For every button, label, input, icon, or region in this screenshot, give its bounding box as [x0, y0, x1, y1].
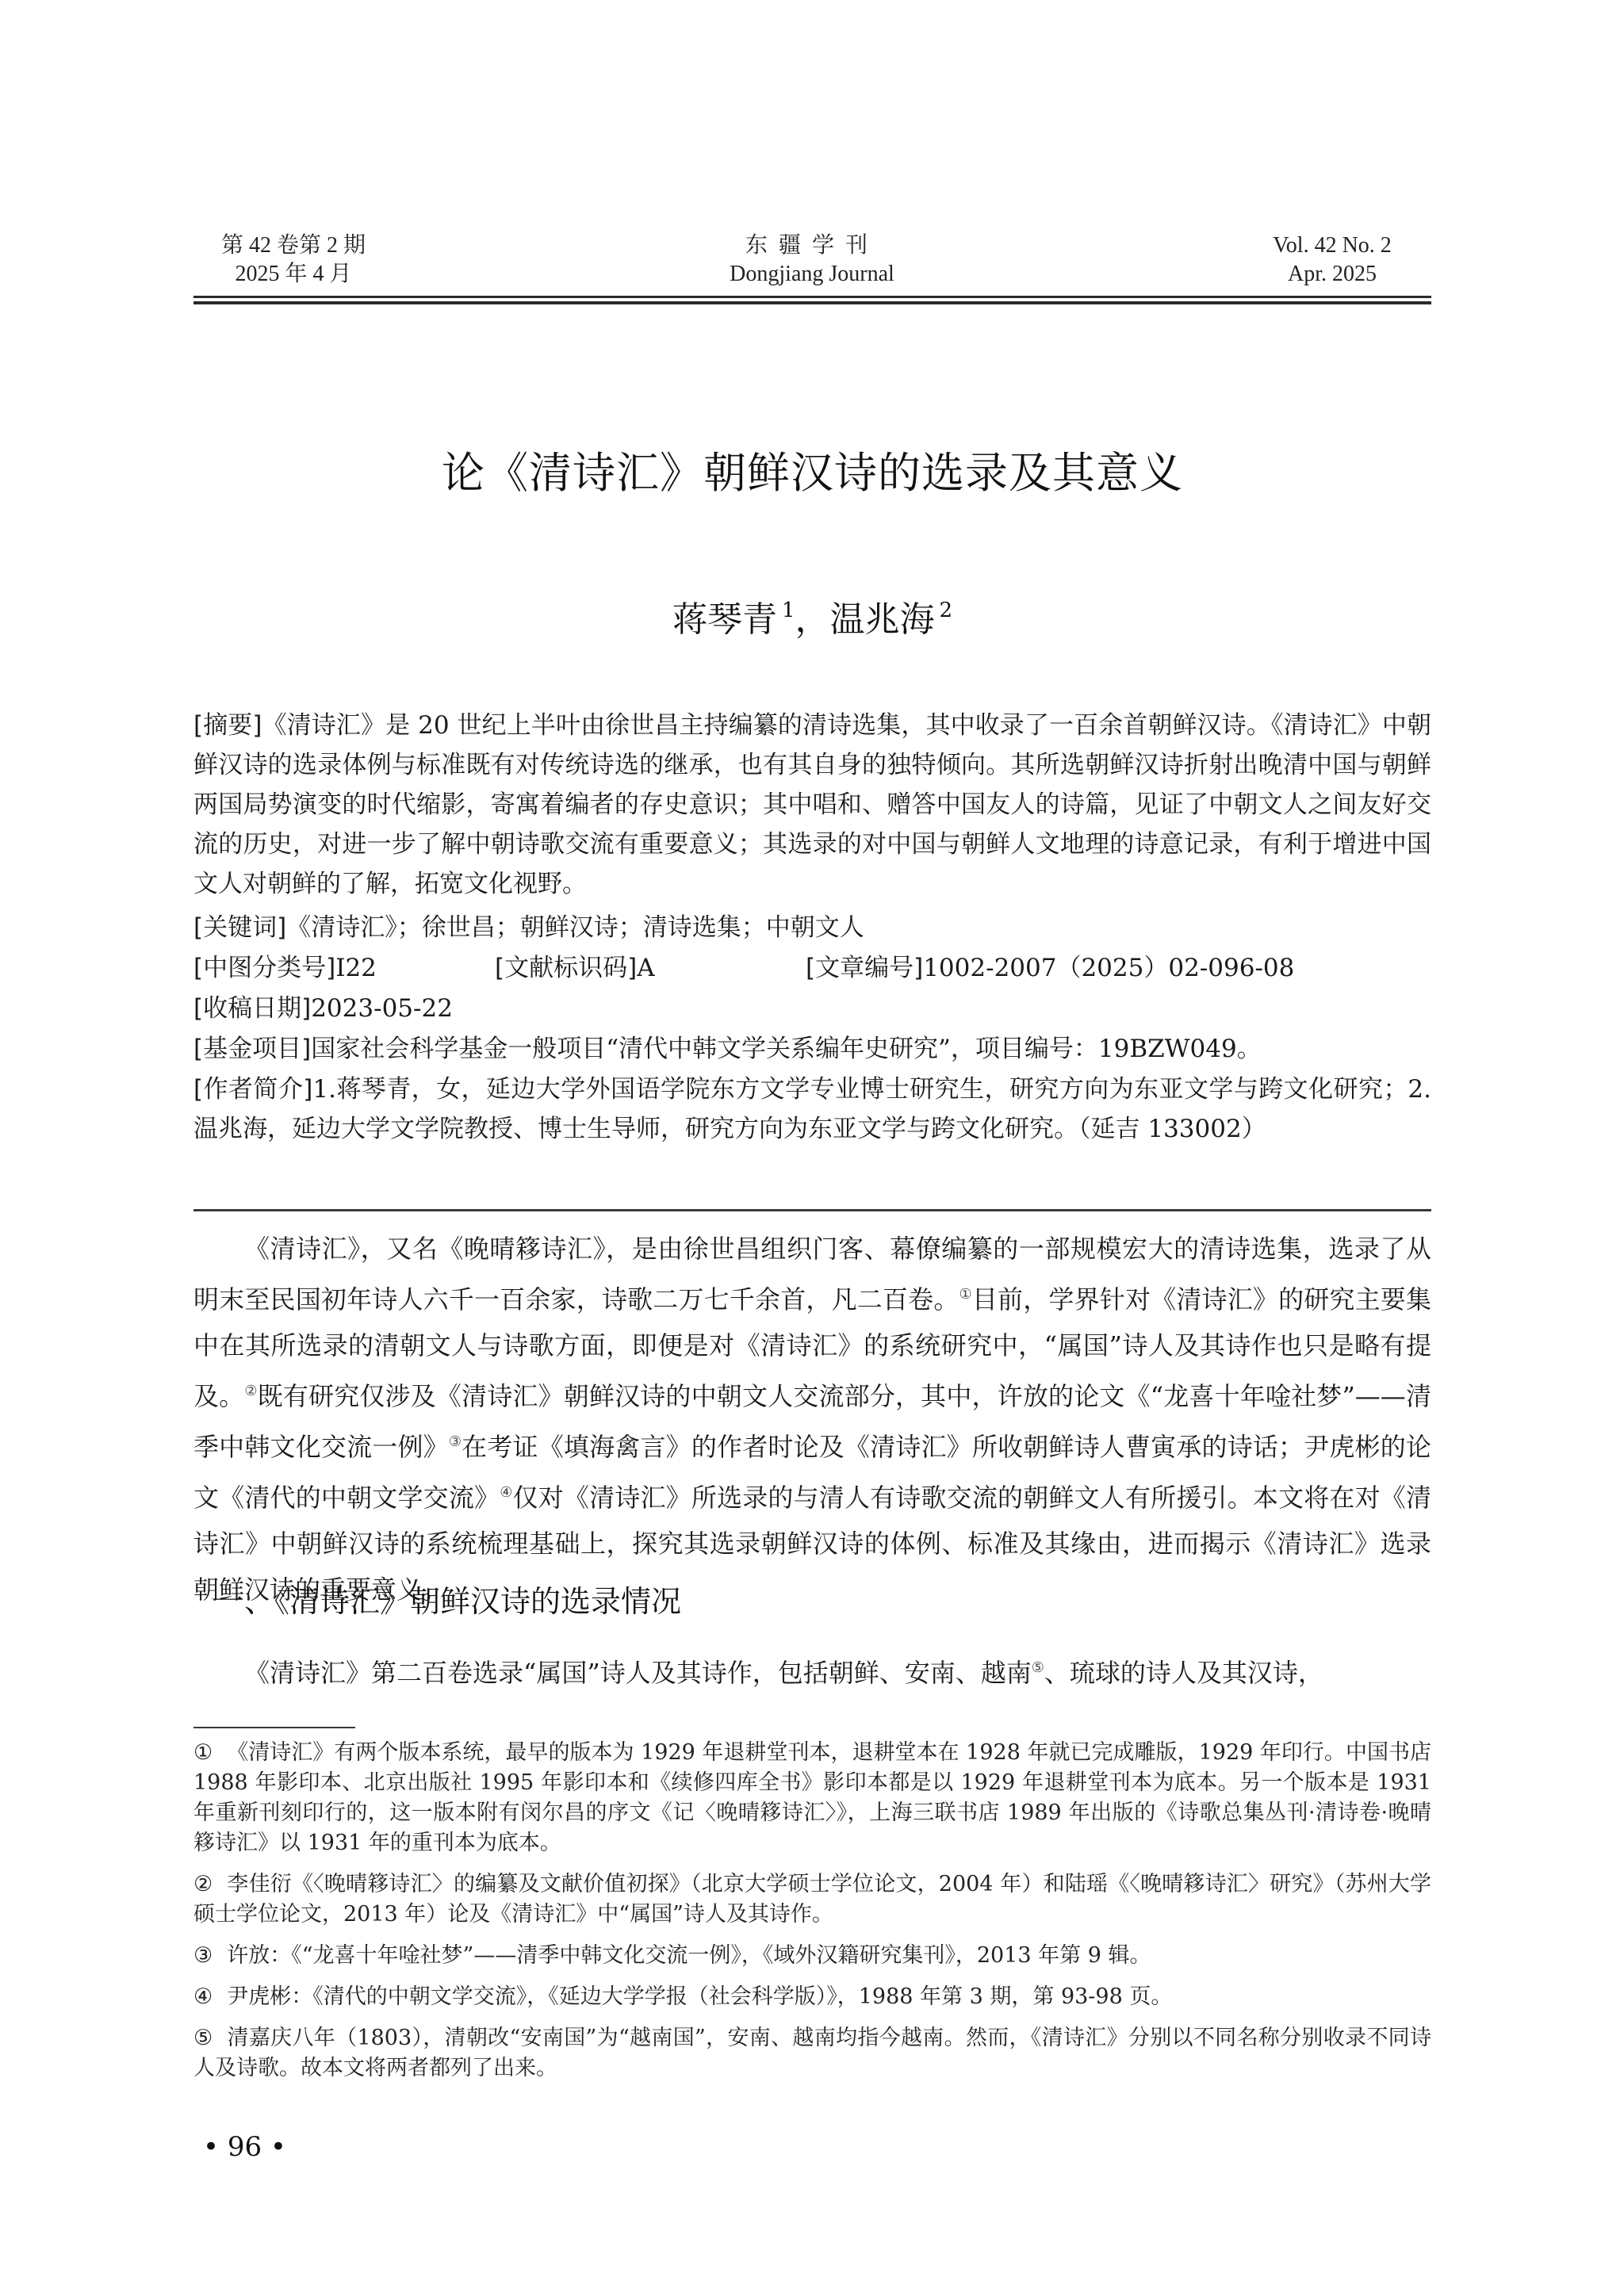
page-number: • 96 •	[203, 2131, 286, 2163]
doc-code-value: A	[637, 954, 654, 982]
abstract-separator-rule	[193, 1209, 1431, 1211]
footnote-mark: ③	[193, 1943, 213, 1968]
received-date: [收稿日期]2023-05-22	[193, 989, 1431, 1028]
footnote-item: ②李佳衍《〈晚晴簃诗汇〉的编纂及文献价值初探》（北京大学硕士学位论文，2004 …	[193, 1869, 1431, 1930]
footnote-mark: ⑤	[193, 2026, 213, 2050]
body-text: 《清诗汇》第二百卷选录“属国”诗人及其诗作，包括朝鲜、安南、越南	[244, 1658, 1032, 1688]
article-number-label: [文章编号]	[806, 954, 923, 982]
clc-field: [中图分类号]I22	[193, 948, 495, 988]
volume-issue-cn: 第 42 卷第 2 期	[214, 232, 373, 260]
abstract-text: 《清诗汇》是 20 世纪上半叶由徐世昌主持编纂的清诗选集，其中收录了一百余首朝鲜…	[193, 711, 1431, 898]
journal-name-cn: 东疆学刊	[693, 232, 931, 260]
footnote-ref[interactable]: ④	[500, 1484, 512, 1501]
volume-issue-en: Vol. 42 No. 2	[1241, 232, 1423, 260]
footnote-rule	[193, 1727, 355, 1728]
clc-label: [中图分类号]	[193, 954, 335, 982]
footnote-ref[interactable]: ⑤	[1032, 1659, 1044, 1676]
received-value: 2023-05-22	[311, 994, 453, 1023]
publication-date-en: Apr. 2025	[1241, 260, 1423, 289]
footnote-ref[interactable]: ②	[244, 1383, 257, 1399]
footnote-text: 李佳衍《〈晚晴簃诗汇〉的编纂及文献价值初探》（北京大学硕士学位论文，2004 年…	[193, 1872, 1431, 1927]
footnote-item: ③许放：《“龙喜十年唫社梦”——清季中韩文化交流一例》，《域外汉籍研究集刊》，2…	[193, 1941, 1431, 1971]
footnote-text: 清嘉庆八年（1803），清朝改“安南国”为“越南国”，安南、越南均指今越南。然而…	[193, 2026, 1431, 2080]
keywords-label: [关键词]	[193, 913, 286, 942]
fund-text: 国家社会科学基金一般项目“清代中韩文学关系编年史研究”，项目编号：19BZW04…	[311, 1035, 1262, 1063]
article-title: 论《清诗汇》朝鲜汉诗的选录及其意义	[193, 446, 1431, 501]
publication-date-cn: 2025 年 4 月	[214, 260, 373, 289]
body-paragraph-section1: 《清诗汇》第二百卷选录“属国”诗人及其诗作，包括朝鲜、安南、越南⑤、琉球的诗人及…	[193, 1645, 1431, 1696]
author-name: 蒋琴青	[672, 599, 777, 640]
footnote-ref[interactable]: ①	[959, 1286, 972, 1303]
footnote-item: ④尹虎彬：《清代的中朝文学交流》，《延边大学学报（社会科学版）》，1988 年第…	[193, 1982, 1431, 2012]
doc-code-label: [文献标识码]	[495, 954, 637, 982]
body-paragraph-intro: 《清诗汇》，又名《晚晴簃诗汇》，是由徐世昌组织门客、幕僚编纂的一部规模宏大的清诗…	[193, 1226, 1431, 1613]
abstract-label: [摘要]	[193, 711, 262, 740]
author-affiliation-mark: 2	[940, 599, 953, 622]
author-info-text: 1.蒋琴青，女，延边大学外国语学院东方文学专业博士研究生，研究方向为东亚文学与跨…	[193, 1075, 1431, 1143]
footnote-mark: ①	[193, 1740, 213, 1765]
journal-volume-issue: 第 42 卷第 2 期 2025 年 4 月	[214, 232, 373, 289]
footnotes: ①《清诗汇》有两个版本系统，最早的版本为 1929 年退耕堂刊本，退耕堂本在 1…	[193, 1738, 1431, 2095]
author-affiliation-mark: 1	[782, 599, 795, 622]
author-name: 温兆海	[830, 599, 935, 640]
article-number-value: 1002-2007（2025）02-096-08	[923, 954, 1294, 982]
fund-label: [基金项目]	[193, 1035, 311, 1063]
author-info-label: [作者简介]	[193, 1075, 312, 1104]
journal-name-en: Dongjiang Journal	[693, 260, 931, 289]
footnote-mark: ④	[193, 1984, 213, 2009]
author-line: 蒋琴青1，温兆海2	[193, 587, 1431, 644]
journal-name: 东疆学刊 Dongjiang Journal	[693, 232, 931, 289]
body-text: 、琉球的诗人及其汉诗，	[1044, 1658, 1323, 1688]
clc-value: I22	[335, 954, 377, 982]
footnote-text: 《清诗汇》有两个版本系统，最早的版本为 1929 年退耕堂刊本，退耕堂本在 19…	[193, 1740, 1431, 1855]
footnote-mark: ②	[193, 1872, 213, 1896]
section-heading: 一、《清诗汇》朝鲜汉诗的选录情况	[214, 1578, 681, 1625]
journal-volume-issue-en: Vol. 42 No. 2 Apr. 2025	[1241, 232, 1423, 289]
footnote-text: 许放：《“龙喜十年唫社梦”——清季中韩文化交流一例》，《域外汉籍研究集刊》，20…	[227, 1943, 1151, 1968]
footnote-text: 尹虎彬：《清代的中朝文学交流》，《延边大学学报（社会科学版）》，1988 年第 …	[227, 1984, 1172, 2009]
article-number-field: [文章编号]1002-2007（2025）02-096-08	[806, 948, 1294, 988]
footnote-item: ①《清诗汇》有两个版本系统，最早的版本为 1929 年退耕堂刊本，退耕堂本在 1…	[193, 1738, 1431, 1858]
classification-row: [中图分类号]I22 [文献标识码]A [文章编号]1002-2007（2025…	[193, 948, 1431, 988]
footnote-item: ⑤清嘉庆八年（1803），清朝改“安南国”为“越南国”，安南、越南均指今越南。然…	[193, 2023, 1431, 2084]
doc-code-field: [文献标识码]A	[495, 948, 806, 988]
abstract: [摘要]《清诗汇》是 20 世纪上半叶由徐世昌主持编纂的清诗选集，其中收录了一百…	[193, 706, 1431, 904]
header-rule-thin	[193, 296, 1431, 298]
fund-project: [基金项目]国家社会科学基金一般项目“清代中韩文学关系编年史研究”，项目编号：1…	[193, 1029, 1431, 1069]
keywords-text: 《清诗汇》；徐世昌；朝鲜汉诗；清诗选集；中朝文人	[286, 913, 864, 942]
author-info: [作者简介]1.蒋琴青，女，延边大学外国语学院东方文学专业博士研究生，研究方向为…	[193, 1070, 1431, 1149]
author-separator: ，	[795, 599, 830, 640]
received-label: [收稿日期]	[193, 994, 311, 1023]
footnote-ref[interactable]: ③	[449, 1433, 462, 1450]
keywords: [关键词]《清诗汇》；徐世昌；朝鲜汉诗；清诗选集；中朝文人	[193, 908, 1431, 947]
header-rule-thick	[193, 301, 1431, 304]
